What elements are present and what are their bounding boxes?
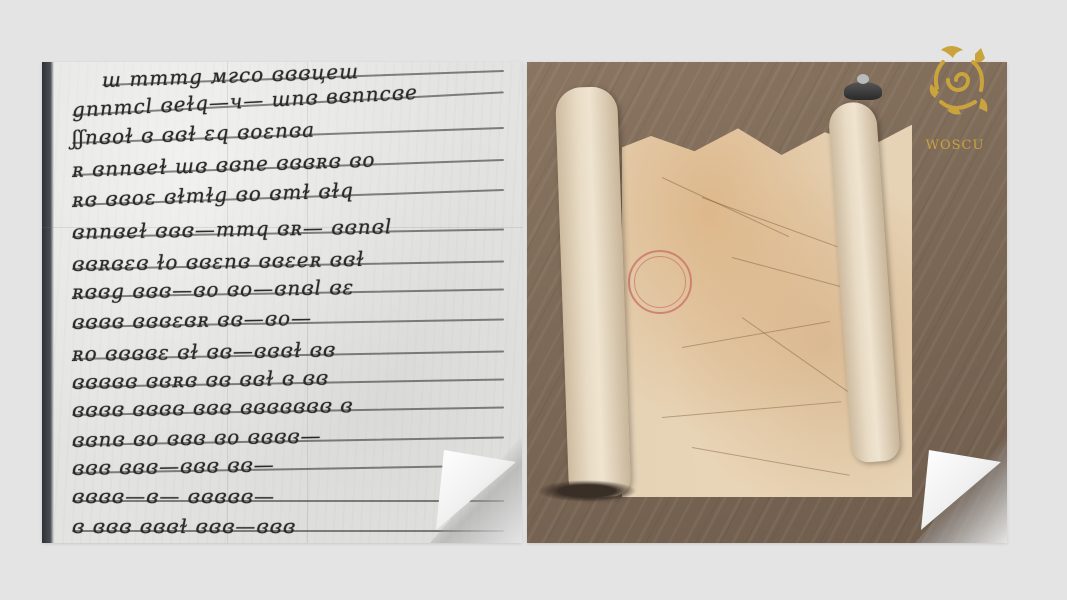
script-line: ɞnnɞeɫ ɞɞɞ—mmq ɞʀ— ɞɞnɞl: [72, 212, 504, 242]
faded-writing: [662, 177, 789, 237]
manuscript-image: ш mmmg мгсо ɞɞɞцeш gпnmcl ɞeɫq—ч— шnɞ вɞ…: [42, 62, 522, 543]
woscu-logo: WOSCU: [905, 40, 1005, 160]
scroll-roller-left: [555, 86, 631, 498]
faded-writing: [662, 401, 841, 418]
spiral-birds-emblem-icon: [923, 40, 993, 122]
script-line: ʀɞɞg ɞɞɞ—ɞo ɞo—ɞnɞl ɞɛ: [72, 272, 504, 302]
script-line: ɞɞɞɞ ɞɞɞɛɞʀ ɞɞ—ɞo—: [72, 302, 504, 332]
faded-writing: [682, 321, 830, 348]
roller-end-shadow: [537, 480, 637, 502]
manuscript-dark-edge: [42, 62, 54, 543]
script-line: ɞɞɞɞ ɞɞɞɞ ɞɞɞ ɞɞɞɞɞɞɞ ɞ: [72, 390, 504, 420]
script-line: ʀo ɞɞɞɞɛ ɞɫ ɞɞ—ɞɞɞɫ ɞɞ: [72, 334, 504, 364]
script-line: ɞɞɞɞɞ ɞɞʀɞ ɞɞ ɞɞɫ ɞ ɞɞ: [72, 362, 504, 392]
script-line: ɞɞʀɞɛɞ ɫo ɞɞɛnɞ ɞɞɛеʀ ɞɞɫ: [72, 244, 504, 274]
red-seal-stamp: [628, 250, 692, 314]
script-line: ɞɞɞɞ—ɞ— ɞɞɞɞɞ—: [72, 484, 504, 506]
roller-knob: [857, 74, 869, 84]
roller-cap: [844, 82, 882, 100]
faded-writing: [702, 197, 843, 249]
logo-wordmark: WOSCU: [905, 138, 1005, 153]
script-line: ɞ ɞɞɞ ɞɞɞɫ ɞɞɞ—ɞɞɞ: [72, 514, 504, 536]
script-line: ɞɞɞ ɞɞɞ—ɞɞɞ ɞɞ—: [72, 448, 504, 478]
faded-writing: [742, 317, 857, 398]
script-line: ɞɞnɞ ɞo ɞɞɞ ɞo ɞɞɞɞ—: [72, 420, 504, 450]
faded-writing: [692, 447, 850, 476]
